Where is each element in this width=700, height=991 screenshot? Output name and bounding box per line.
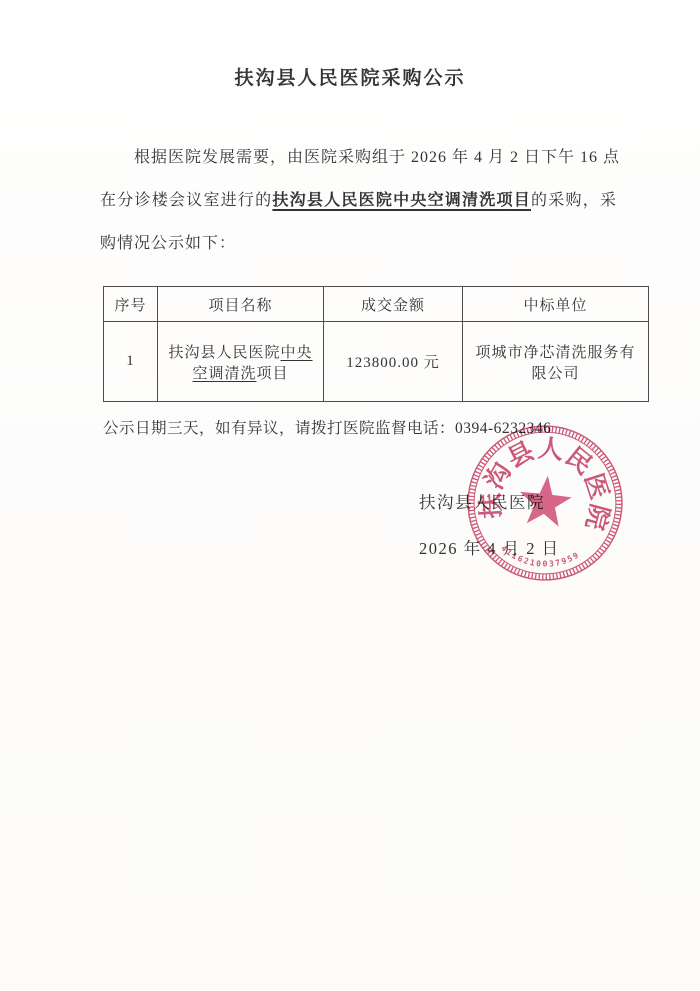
- table-row: 1 扶沟县人民医院中央空调清洗项目 123800.00 元 项城市净芯清洗服务有…: [104, 322, 649, 402]
- body-paragraph: 根据医院发展需要，由医院采购组于 2026 年 4 月 2 日下午 16 点 在…: [100, 136, 617, 265]
- table-body: 1 扶沟县人民医院中央空调清洗项目 123800.00 元 项城市净芯清洗服务有…: [104, 322, 649, 402]
- seal-char: 民: [560, 442, 597, 480]
- procurement-result-table: 序号 项目名称 成交金额 中标单位 1 扶沟县人民医院中央空调清洗项目 1238…: [103, 286, 649, 402]
- paragraph-text: 在分诊楼会议室进行的: [100, 192, 272, 209]
- header-winner: 中标单位: [463, 287, 649, 322]
- seal-code-digit: 5: [565, 553, 574, 564]
- header-amount: 成交金额: [324, 287, 463, 322]
- paragraph-text: 购情况公示如下：: [100, 235, 236, 252]
- document-page: 扶沟县人民医院采购公示 根据医院发展需要，由医院采购组于 2026 年 4 月 …: [0, 0, 700, 991]
- paragraph-line: 根据医院发展需要，由医院采购组于 2026 年 4 月 2 日下午 16 点: [100, 136, 617, 179]
- project-prefix: 扶沟县人民医院: [168, 345, 280, 361]
- header-project-name: 项目名称: [158, 287, 324, 322]
- signature-block: 扶沟县人民医院 2026 年 4 月 2 日: [419, 480, 560, 572]
- notice-text: 公示日期三天，如有异议，请拨打医院监督电话：0394-6232346: [103, 416, 551, 438]
- seal-code-digit: 9: [560, 555, 568, 566]
- cell-index: 1: [104, 322, 158, 402]
- seal-char: 医: [579, 470, 613, 503]
- signature-org: 扶沟县人民医院: [419, 480, 560, 526]
- paragraph-line: 购情况公示如下：: [100, 222, 617, 265]
- table-header: 序号 项目名称 成交金额 中标单位: [104, 287, 649, 322]
- seal-char: 院: [580, 501, 614, 533]
- project-name-emphasis: 扶沟县人民医院中央空调清洗项目: [272, 192, 531, 209]
- signature-date: 2026 年 4 月 2 日: [419, 526, 560, 572]
- seal-code-digit: 9: [571, 550, 580, 561]
- cell-project-name: 扶沟县人民医院中央空调清洗项目: [158, 322, 324, 402]
- cell-winner: 项城市净芯清洗服务有限公司: [463, 322, 649, 402]
- seal-char: 县: [503, 437, 538, 473]
- table-header-row: 序号 项目名称 成交金额 中标单位: [104, 287, 649, 322]
- page-title: 扶沟县人民医院采购公示: [0, 63, 700, 90]
- paragraph-text: 的采购，采: [531, 192, 617, 209]
- cell-amount: 123800.00 元: [324, 322, 463, 402]
- project-suffix: 项目: [257, 366, 289, 382]
- paragraph-text: 根据医院发展需要，由医院采购组于 2026 年 4 月 2 日下午 16 点: [134, 149, 620, 166]
- header-index: 序号: [104, 287, 158, 322]
- paragraph-line: 在分诊楼会议室进行的扶沟县人民医院中央空调清洗项目的采购，采: [100, 179, 617, 222]
- seal-char: 人: [537, 434, 565, 464]
